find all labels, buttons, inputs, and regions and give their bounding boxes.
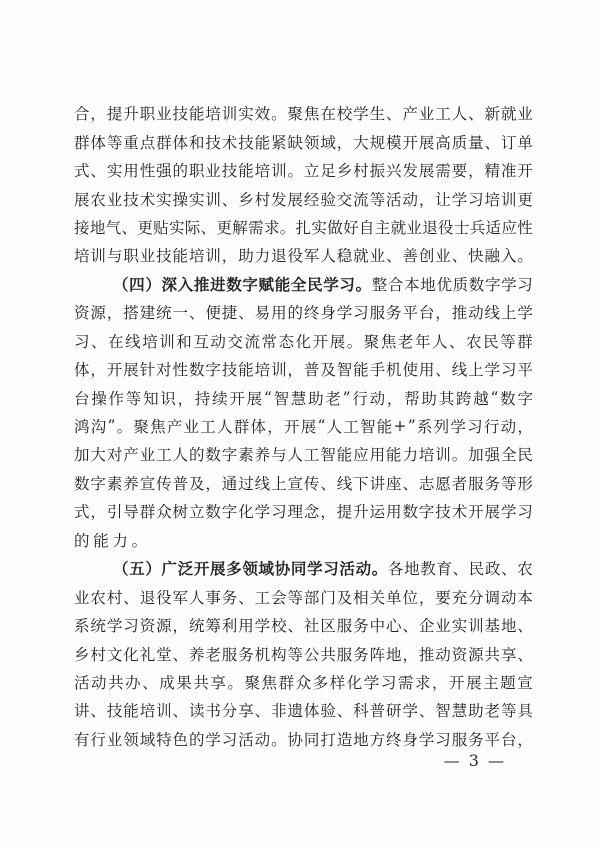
text-line: 加大对产业工人的数字素养与人工智能应用能力培训。加强全民	[74, 440, 533, 468]
text-line: 式，引导群众树立数字化学习理念，提升运用数字技术开展学习	[74, 497, 533, 525]
text-line: 业农村、退役军人事务、工会等部门及相关单位，要充分调动本	[74, 582, 533, 610]
text-line: 的能力。	[74, 526, 533, 554]
text-line: 体，开展针对性数字技能培训，普及智能手机使用、线上学习平	[74, 355, 533, 383]
text-line: 习、在线培训和互动交流常态化开展。聚焦老年人、农民等群	[74, 327, 533, 355]
text-line: 乡村文化礼堂、养老服务机构等公共服务阵地，推动资源共享、	[74, 639, 533, 667]
text-line: 讲、技能培训、读书分享、非遗体验、科普研学、智慧助老等具	[74, 696, 533, 724]
text-line: 活动共办、成果共享。聚焦群众多样化学习需求，开展主题宣	[74, 668, 533, 696]
text-line: 群体等重点群体和技术技能紧缺领域，大规模开展高质量、订单	[74, 127, 533, 155]
text-line: 台操作等知识，持续开展“智慧助老”行动，帮助其跨越“数字	[74, 383, 533, 411]
text-line: 合，提升职业技能培训实效。聚焦在校学生、产业工人、新就业	[74, 99, 533, 127]
text-line: 接地气、更贴实际、更解需求。扎实做好自主就业退役士兵适应性	[74, 213, 533, 241]
text-line: 式、实用性强的职业技能培训。立足乡村振兴发展需要，精准开	[74, 156, 533, 184]
text-line: 培训与职业技能培训，助力退役军人稳就业、善创业、快融入。	[74, 241, 533, 269]
text-line: （四）深入推进数字赋能全民学习。整合本地优质数字学习	[74, 270, 533, 298]
text-line: 系统学习资源，统筹利用学校、社区服务中心、企业实训基地、	[74, 611, 533, 639]
text-line: 有行业领域特色的学习活动。协同打造地方终身学习服务平台，	[74, 725, 533, 753]
text-line: 数字素养宣传普及，通过线上宣传、线下讲座、志愿者服务等形	[74, 469, 533, 497]
text-line: 鸿沟”。聚焦产业工人群体，开展“人工智能+”系列学习行动，	[74, 412, 533, 440]
text-line: 展农业技术实操实训、乡村发展经验交流等活动，让学习培训更	[74, 184, 533, 212]
document-page: 合，提升职业技能培训实效。聚焦在校学生、产业工人、新就业群体等重点群体和技术技能…	[0, 0, 600, 848]
text-block: 合，提升职业技能培训实效。聚焦在校学生、产业工人、新就业群体等重点群体和技术技能…	[74, 99, 533, 753]
page-number: — 3 —	[444, 751, 506, 770]
text-line: （五）广泛开展多领域协同学习活动。各地教育、民政、农	[74, 554, 533, 582]
text-line: 资源，搭建统一、便捷、易用的终身学习服务平台，推动线上学	[74, 298, 533, 326]
